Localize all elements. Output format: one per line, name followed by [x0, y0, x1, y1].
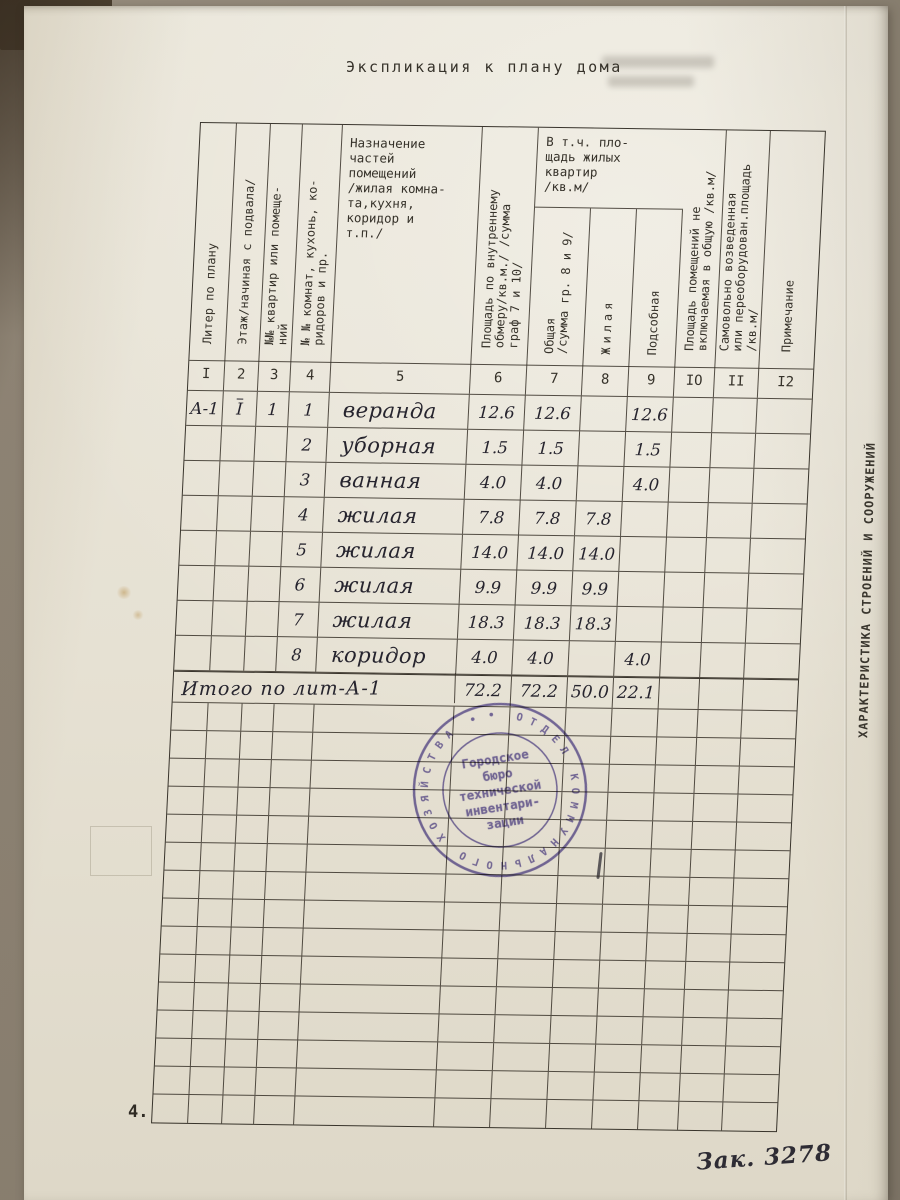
empty-cell — [600, 933, 647, 961]
empty-cell — [222, 1095, 255, 1123]
cell — [700, 643, 746, 678]
cell — [214, 566, 250, 600]
empty-cell — [603, 877, 650, 905]
empty-cell — [734, 851, 789, 879]
empty-cell — [199, 871, 234, 898]
stain-spot — [116, 586, 132, 599]
empty-cell — [435, 1070, 492, 1098]
col-number: I — [188, 361, 225, 390]
empty-cell — [553, 960, 600, 988]
empty-cell — [159, 955, 196, 982]
cell: 9.9 — [516, 570, 574, 605]
cell: 1.5 — [624, 432, 672, 467]
empty-cell — [596, 1017, 643, 1045]
empty-cell — [438, 1014, 495, 1042]
cell — [244, 637, 278, 671]
cell: 4.0 — [465, 465, 523, 500]
empty-cell — [598, 989, 645, 1017]
empty-cell — [300, 984, 441, 1013]
cell: 5 — [281, 532, 323, 567]
cell: 9.9 — [460, 570, 518, 605]
cell — [174, 636, 212, 670]
empty-cell — [607, 793, 654, 821]
col-header-label: Общая /сумма гр. 8 и 9/ — [528, 214, 591, 361]
cell: 1 — [288, 392, 330, 427]
empty-cell — [689, 878, 734, 906]
col-group-vtch-ploshchad: В т.ч. пло- щадь жилых квартир /кв.м/ Об… — [527, 128, 687, 368]
page-fold-line — [844, 6, 847, 1200]
cell — [702, 608, 748, 643]
cell: 1.5 — [522, 431, 580, 466]
empty-cell — [298, 1012, 439, 1041]
cell — [753, 469, 809, 504]
cell — [621, 502, 669, 537]
empty-cell — [728, 990, 783, 1018]
cell — [618, 572, 666, 607]
empty-cell — [549, 1044, 596, 1072]
cell — [179, 531, 217, 565]
cell — [746, 609, 802, 644]
empty-cell — [302, 929, 443, 958]
empty-cell — [160, 927, 197, 954]
empty-cell — [557, 876, 604, 904]
col-header-label: Жилая — [584, 214, 637, 361]
empty-cell — [652, 821, 693, 849]
empty-cell — [497, 959, 554, 987]
empty-cell — [189, 1067, 224, 1094]
cell: 14.0 — [573, 536, 621, 571]
col-header-podsobnaya: Подсобная — [629, 209, 683, 368]
empty-cell — [229, 956, 262, 983]
cell — [749, 539, 805, 574]
empty-cell — [595, 1045, 642, 1073]
cell — [249, 532, 283, 566]
empty-cell — [188, 1095, 223, 1123]
cell — [712, 398, 758, 433]
col-number: 8 — [582, 366, 629, 396]
empty-cell — [650, 849, 691, 877]
cell: 4.0 — [614, 642, 662, 677]
cell — [251, 497, 285, 531]
cell: 4 — [283, 497, 325, 532]
cell: 18.3 — [458, 605, 516, 640]
empty-cell — [295, 1068, 436, 1097]
empty-cell — [729, 962, 784, 990]
empty-cell — [198, 899, 233, 926]
cell: жилая — [320, 568, 462, 604]
empty-cell — [681, 1046, 726, 1074]
col-number: 3 — [258, 362, 291, 391]
cell: 7.8 — [463, 500, 521, 535]
empty-cell — [730, 935, 785, 963]
empty-cell — [239, 760, 272, 787]
empty-cell — [500, 903, 557, 931]
cell: А-1 — [186, 391, 224, 425]
col-header-zhilaya: Жилая — [583, 208, 637, 367]
empty-cell — [547, 1072, 594, 1100]
empty-cell — [682, 1018, 727, 1046]
empty-cell — [490, 1099, 547, 1128]
empty-cell — [642, 1017, 683, 1045]
empty-cell — [604, 849, 651, 877]
col-header-naznachenie: Назначение частей помещений /жилая комна… — [331, 125, 483, 365]
empty-cell — [156, 1010, 193, 1037]
total-empty-cell — [659, 678, 700, 709]
order-note: Зак. 3278 — [695, 1139, 833, 1175]
empty-cell — [692, 822, 737, 850]
cell: 7 — [278, 602, 320, 637]
cell — [220, 426, 256, 460]
total-value: 22.1 — [613, 678, 660, 709]
empty-cell — [693, 794, 738, 822]
empty-cell — [192, 1011, 227, 1038]
empty-cell — [437, 1042, 494, 1070]
cell — [707, 503, 753, 538]
empty-cell — [166, 815, 203, 842]
bti-stamp: • ОТДЕЛ КОММУНАЛЬНОГО ХОЗЯЙСТВА • Городс… — [391, 681, 608, 898]
empty-cell — [599, 961, 646, 989]
faint-impression — [90, 826, 152, 876]
cell: 12.6 — [468, 395, 526, 430]
col-number: 7 — [526, 366, 583, 396]
cell: 12.6 — [524, 396, 582, 431]
empty-cell — [723, 1074, 778, 1102]
empty-cell — [648, 905, 689, 933]
group-header-label: В т.ч. пло- щадь жилых квартир /кв.м/ — [535, 128, 687, 210]
empty-cell — [152, 1094, 189, 1122]
empty-cell — [592, 1101, 639, 1130]
cell: 18.3 — [570, 606, 618, 641]
empty-cell — [725, 1046, 780, 1074]
empty-cell — [697, 710, 742, 738]
cell: 2 — [286, 427, 328, 462]
empty-cell — [202, 815, 237, 842]
empty-cell — [694, 766, 739, 794]
cell: жилая — [318, 603, 460, 639]
empty-cell — [262, 928, 303, 956]
empty-cell — [301, 957, 442, 986]
cell: 7.8 — [519, 501, 577, 536]
empty-cell — [232, 900, 265, 927]
cell: ванная — [325, 463, 467, 499]
empty-cell — [254, 1096, 295, 1125]
empty-cell — [264, 900, 305, 928]
cell: веранда — [328, 393, 470, 429]
empty-cell — [233, 872, 266, 899]
empty-cell — [241, 704, 274, 731]
cell: 1 — [256, 392, 290, 426]
cell — [664, 573, 706, 608]
page-title: Экспликация к плану дома — [346, 58, 623, 76]
empty-cell — [722, 1102, 777, 1131]
empty-cell — [268, 816, 309, 844]
empty-cell — [726, 1018, 781, 1046]
cell — [178, 566, 216, 600]
empty-cell — [684, 990, 729, 1018]
empty-cell — [167, 787, 204, 814]
empty-cell — [196, 927, 231, 954]
empty-cell — [205, 759, 240, 786]
cell — [577, 466, 625, 501]
cell: 9.9 — [572, 571, 620, 606]
bleed-through-artifact — [608, 76, 694, 87]
cell: 14.0 — [517, 535, 575, 570]
empty-cell — [556, 904, 603, 932]
empty-cell — [645, 961, 686, 989]
empty-cell — [638, 1101, 679, 1130]
empty-cell — [158, 983, 195, 1010]
empty-cell — [606, 821, 653, 849]
empty-cell — [610, 737, 657, 765]
col-number: 9 — [628, 367, 675, 397]
empty-cell — [304, 901, 445, 930]
cell — [704, 573, 750, 608]
table-header: Литер по плану Этаж/начиная с подвала/ №… — [189, 123, 825, 370]
cell — [660, 642, 702, 677]
cell: коридор — [316, 638, 458, 674]
cell — [580, 396, 628, 431]
cell — [253, 462, 287, 496]
empty-cell — [236, 816, 269, 843]
empty-cell — [686, 934, 731, 962]
empty-cell — [737, 795, 792, 823]
cell — [710, 433, 756, 468]
cell: 4.0 — [521, 466, 579, 501]
empty-cell — [646, 933, 687, 961]
empty-cell — [271, 760, 312, 788]
empty-cell — [685, 962, 730, 990]
stamp-center-text: Городское бюро технической инвентари- за… — [391, 681, 608, 898]
cell — [672, 398, 714, 433]
empty-cell — [688, 906, 733, 934]
cell — [751, 504, 807, 539]
empty-cell — [155, 1038, 192, 1065]
empty-cell — [678, 1102, 723, 1131]
empty-cell — [593, 1073, 640, 1101]
cell — [217, 496, 253, 530]
cell: 7.8 — [575, 501, 623, 536]
data-rows: А-1I11веранда12.612.612.62уборная1.51.51… — [174, 391, 812, 680]
empty-cell — [272, 732, 313, 760]
empty-cell — [171, 703, 208, 730]
cell — [619, 537, 667, 572]
empty-cell — [554, 932, 601, 960]
cell — [248, 567, 282, 601]
total-empty-cell — [699, 679, 744, 710]
cell — [183, 461, 221, 495]
empty-cell — [255, 1068, 296, 1096]
empty-cell — [740, 739, 795, 767]
empty-cell — [741, 711, 796, 739]
cell: жилая — [321, 533, 463, 569]
cell — [667, 503, 709, 538]
cell: 14.0 — [461, 535, 519, 570]
empty-cell — [733, 879, 788, 907]
total-empty-cell — [743, 680, 798, 711]
col-number: 6 — [470, 365, 527, 395]
empty-cell — [546, 1100, 593, 1129]
cell: I — [222, 391, 258, 425]
empty-cell — [552, 988, 599, 1016]
empty-cell — [644, 989, 685, 1017]
stain-spot — [132, 610, 144, 620]
cell — [669, 468, 711, 503]
empty-cell — [225, 1039, 258, 1066]
empty-cell — [273, 704, 314, 732]
side-vertical-label: ХАРАКТЕРИСТИКА СТРОЕНИЙ И СООРУЖЕНИЙ — [856, 442, 878, 738]
empty-cell — [444, 902, 501, 930]
col-header-primechanie: Примечание — [759, 131, 825, 370]
empty-cell — [550, 1016, 597, 1044]
empty-cell — [153, 1066, 190, 1093]
empty-cell — [200, 843, 235, 870]
cell — [246, 602, 280, 636]
empty-cell — [269, 788, 310, 816]
cell — [181, 496, 219, 530]
cell: уборная — [326, 428, 468, 464]
cell — [754, 434, 810, 469]
empty-cell — [228, 983, 261, 1010]
cell: 6 — [280, 567, 322, 602]
empty-cell — [170, 731, 207, 758]
empty-cell — [732, 907, 787, 935]
cell: жилая — [323, 498, 465, 534]
col-number: 2 — [224, 361, 259, 390]
cell: 1.5 — [466, 430, 524, 465]
cell — [616, 607, 664, 642]
col-number: I2 — [758, 369, 813, 399]
empty-cell — [434, 1098, 491, 1127]
empty-cell — [679, 1074, 724, 1102]
empty-cell — [240, 732, 273, 759]
cell — [254, 427, 288, 461]
total-label: Итого по лит-А-1 — [173, 673, 456, 704]
empty-cell — [656, 737, 697, 765]
explication-table: Литер по плану Этаж/начиная с подвала/ №… — [151, 122, 826, 1132]
cell: 12.6 — [626, 397, 674, 432]
empty-cell — [653, 793, 694, 821]
cell — [215, 531, 251, 565]
empty-cell — [169, 759, 206, 786]
col-header-obshchaya: Общая /сумма гр. 8 и 9/ — [527, 208, 591, 367]
empty-cell — [611, 709, 658, 737]
empty-cell — [203, 787, 238, 814]
empty-cell — [162, 899, 199, 926]
cell — [568, 641, 616, 676]
empty-cell — [736, 823, 791, 851]
empty-cell — [260, 984, 301, 1012]
cell — [176, 601, 214, 635]
empty-cell — [191, 1039, 226, 1066]
cell — [670, 433, 712, 468]
cell — [756, 399, 812, 434]
empty-cell — [493, 1043, 550, 1071]
cell: 4.0 — [512, 640, 570, 675]
cell: 4.0 — [456, 640, 514, 675]
empty-cell — [609, 765, 656, 793]
cell — [210, 636, 246, 670]
empty-cell — [206, 731, 241, 758]
empty-cell — [230, 928, 263, 955]
cell — [665, 538, 707, 573]
cell — [748, 574, 804, 609]
empty-cell — [639, 1073, 680, 1101]
col-header-label: Примечание — [760, 142, 825, 359]
empty-cell — [297, 1040, 438, 1069]
col-number: IO — [674, 368, 715, 398]
empty-cell — [649, 877, 690, 905]
cell — [662, 608, 704, 643]
empty-cell — [738, 767, 793, 795]
empty-cell — [690, 850, 735, 878]
cell — [212, 601, 248, 635]
col-header-label: Подсобная — [630, 215, 683, 362]
document-page: Экспликация к плану дома ХАРАКТЕРИСТИКА … — [24, 6, 888, 1200]
empty-cell — [440, 986, 497, 1014]
empty-cell — [258, 1012, 299, 1040]
empty-cell — [261, 956, 302, 984]
empty-cell — [641, 1045, 682, 1073]
col-number: 5 — [330, 363, 471, 394]
empty-cell — [265, 872, 306, 900]
empty-cell — [654, 765, 695, 793]
cell: 8 — [276, 637, 318, 672]
empty-cell — [163, 871, 200, 898]
empty-cell — [494, 1015, 551, 1043]
empty-cell — [496, 987, 553, 1015]
cell: 4.0 — [623, 467, 671, 502]
cell — [219, 461, 255, 495]
empty-cell — [442, 930, 499, 958]
cell: 3 — [285, 462, 327, 497]
empty-cell — [294, 1096, 435, 1126]
empty-cell — [237, 788, 270, 815]
cell — [744, 644, 800, 679]
empty-cell — [195, 955, 230, 982]
empty-cell — [226, 1011, 259, 1038]
empty-cell — [257, 1040, 298, 1068]
empty-cell — [234, 844, 267, 871]
empty-cell — [207, 703, 242, 730]
empty-cell — [696, 738, 741, 766]
col-number: 4 — [290, 362, 331, 392]
col-number: II — [714, 368, 759, 398]
empty-cell — [441, 958, 498, 986]
group-subcolumns: Общая /сумма гр. 8 и 9/ Жилая Подсобная — [527, 208, 683, 368]
empty-cell — [657, 709, 698, 737]
cell — [705, 538, 751, 573]
empty-cell — [266, 844, 307, 872]
empty-cell — [194, 983, 229, 1010]
empty-cell — [164, 843, 201, 870]
cell — [578, 431, 626, 466]
cell — [184, 426, 222, 460]
empty-cell — [491, 1071, 548, 1099]
empty-cell — [602, 905, 649, 933]
empty-cell — [223, 1067, 256, 1094]
page-number: 4. — [128, 1102, 148, 1122]
cell: 18.3 — [514, 605, 572, 640]
cell — [709, 468, 755, 503]
empty-cell — [498, 931, 555, 959]
